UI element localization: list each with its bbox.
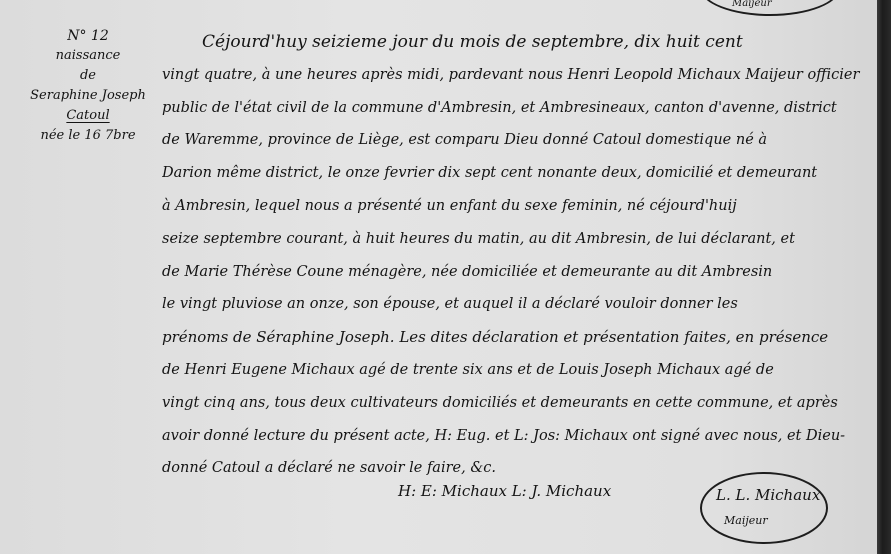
margin-annotation: N° 12 naissance de Seraphine Joseph Cato… bbox=[18, 26, 158, 146]
record-body-text: Céjourd'huy seizieme jour du mois de sep… bbox=[162, 26, 878, 485]
previous-seal-title: Maijeur bbox=[732, 0, 772, 9]
record-line-12: vingt cinq ans, tous deux cultivateurs d… bbox=[162, 387, 878, 420]
previous-entry-mayor-seal-fragment: Maijeur bbox=[700, 0, 840, 16]
entry-number: N° 12 bbox=[18, 26, 158, 46]
record-line-13: avoir donné lecture du présent acte, H: … bbox=[162, 420, 878, 453]
margin-child-given-names: Seraphine Joseph bbox=[18, 86, 158, 106]
mayor-signature-name: L. L. Michaux bbox=[716, 486, 820, 504]
book-binding-edge bbox=[877, 0, 891, 554]
mayor-signature-title: Maijeur bbox=[724, 514, 768, 527]
witness-signatures: H: E: Michaux L: J. Michaux bbox=[398, 482, 611, 500]
record-line-11: de Henri Eugene Michaux agé de trente si… bbox=[162, 354, 878, 387]
record-line-5: Darion même district, le onze fevrier di… bbox=[162, 157, 878, 190]
record-line-4: de Waremme, province de Liège, est compa… bbox=[162, 124, 878, 157]
record-line-2: vingt quatre, à une heures après midi, p… bbox=[162, 59, 878, 92]
mayor-signature-seal: L. L. Michaux Maijeur bbox=[700, 472, 828, 544]
signature-block: H: E: Michaux L: J. Michaux L. L. Michau… bbox=[0, 470, 891, 554]
margin-line-de: de bbox=[18, 66, 158, 86]
record-line-8: de Marie Thérèse Coune ménagère, née dom… bbox=[162, 256, 878, 289]
margin-child-surname: Catoul bbox=[18, 106, 158, 126]
record-line-6: à Ambresin, lequel nous a présenté un en… bbox=[162, 190, 878, 223]
register-page: Maijeur N° 12 naissance de Seraphine Jos… bbox=[0, 0, 891, 554]
margin-birth-date: née le 16 7bre bbox=[18, 126, 158, 146]
record-line-10: prénoms de Séraphine Joseph. Les dites d… bbox=[162, 321, 878, 354]
record-line-1: Céjourd'huy seizieme jour du mois de sep… bbox=[162, 26, 878, 59]
margin-line-naissance: naissance bbox=[18, 46, 158, 66]
record-line-3: public de l'état civil de la commune d'A… bbox=[162, 92, 878, 125]
record-line-9: le vingt pluviose an onze, son épouse, e… bbox=[162, 288, 878, 321]
record-line-7: seize septembre courant, à huit heures d… bbox=[162, 223, 878, 256]
